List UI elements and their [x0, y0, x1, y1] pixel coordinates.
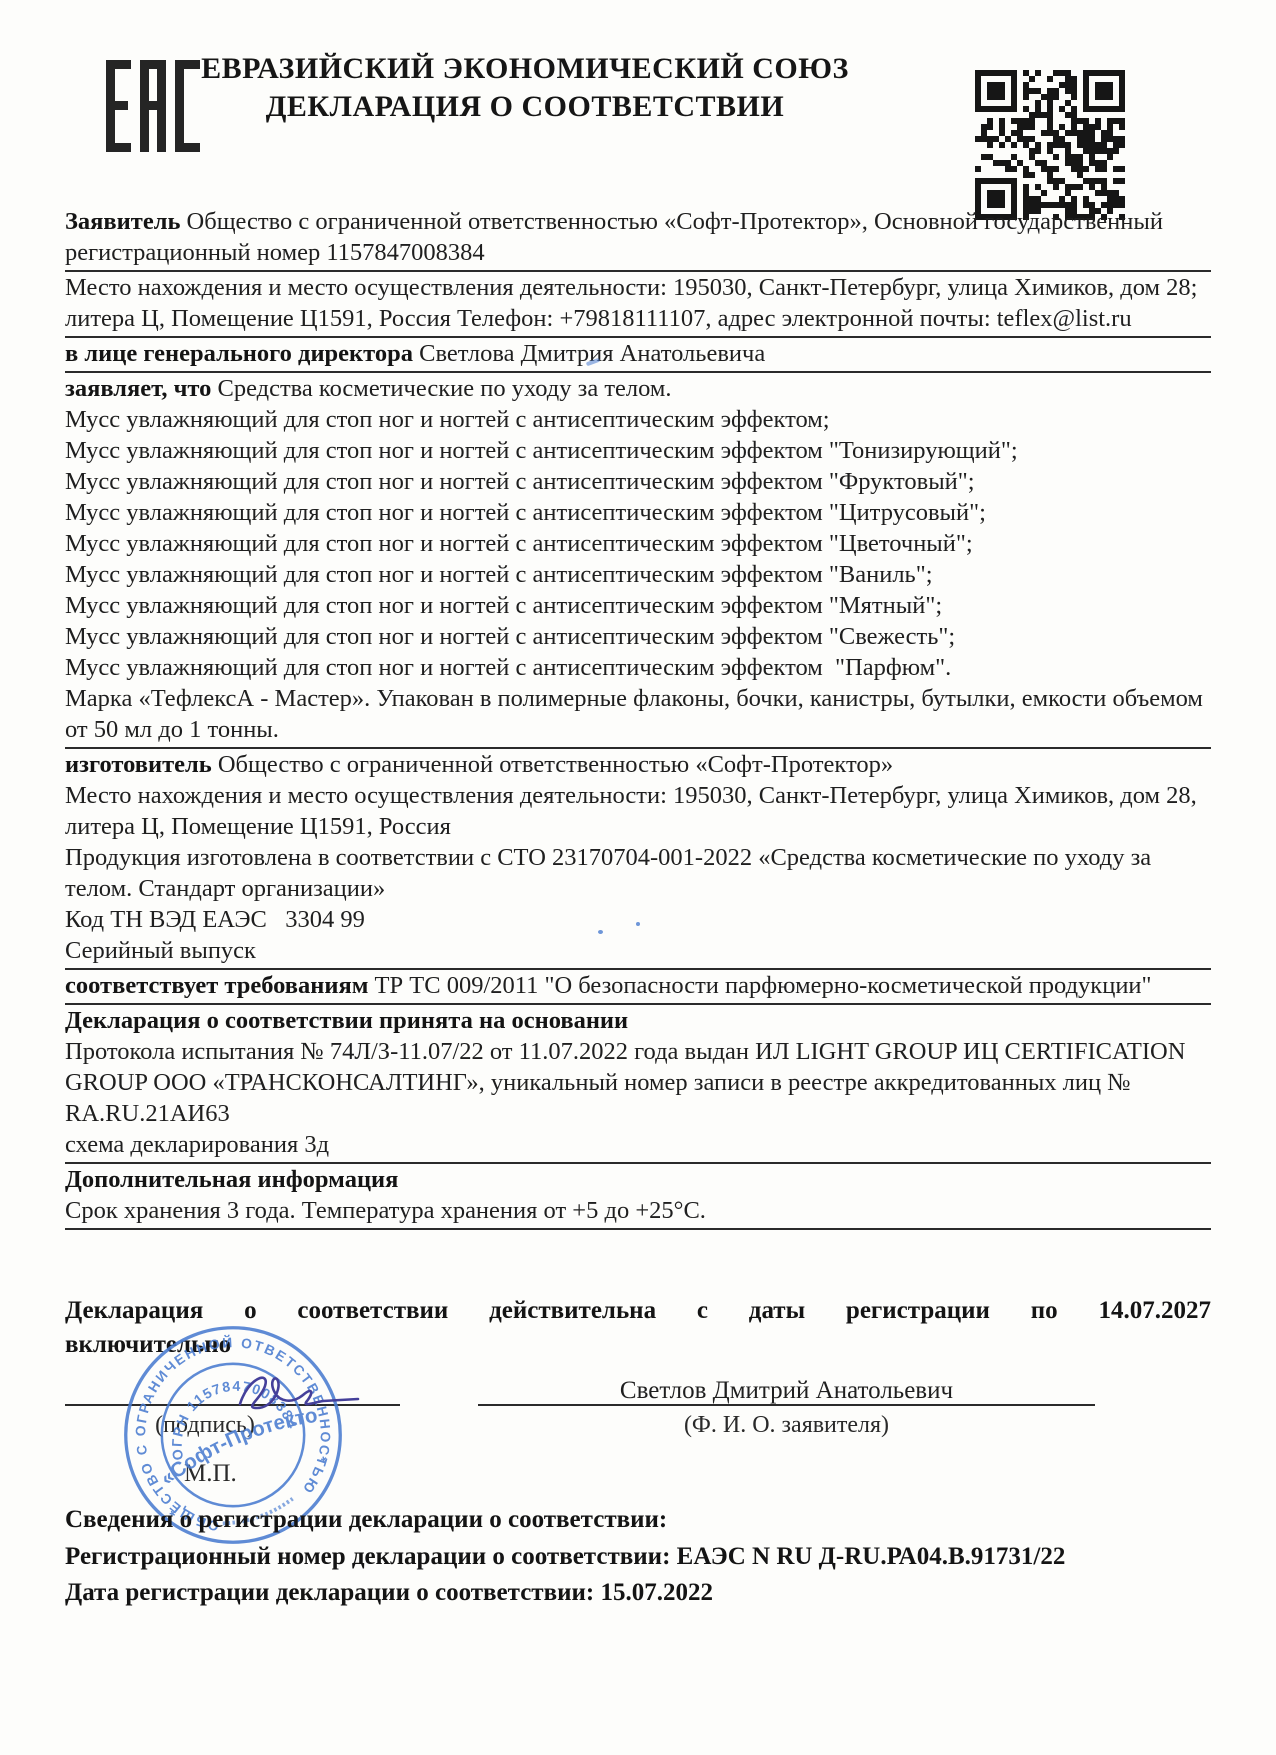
signer-name: Светлов Дмитрий Анатольевич — [478, 1377, 1095, 1405]
additional-header: Дополнительная информация — [65, 1164, 1211, 1195]
product-line: Мусс увлажняющий для стоп ног и ногтей с… — [65, 404, 1211, 435]
applicant-address: Место нахождения и место осуществления д… — [65, 272, 1211, 338]
complies-text: ТР ТС 009/2011 "О безопасности парфюмерн… — [375, 972, 1152, 999]
director-label: в лице генерального директора — [65, 340, 413, 367]
registration-section: Сведения о регистрации декларации о соот… — [65, 1502, 1211, 1612]
product-line: Мусс увлажняющий для стоп ног и ногтей с… — [65, 621, 1211, 652]
manufacturer-label: изготовитель — [65, 751, 212, 778]
manufacturer-text: Общество с ограниченной ответственностью… — [218, 751, 893, 778]
director-section: в лице генерального директора Светлова Д… — [65, 338, 1211, 373]
ink-speck — [598, 930, 603, 934]
registration-date: Дата регистрации декларации о соответств… — [65, 1575, 1211, 1612]
complies-section: соответствует требованиям ТР ТС 009/2011… — [65, 970, 1211, 1005]
document-body: Заявитель Общество с ограниченной ответс… — [65, 206, 1211, 1230]
title-line-declaration: ДЕКЛАРАЦИЯ О СООТВЕТСТВИИ — [170, 88, 880, 126]
manufacturer-section: изготовитель Общество с ограниченной отв… — [65, 749, 1211, 780]
title-line-union: ЕВРАЗИЙСКИЙ ЭКОНОМИЧЕСКИЙ СОЮЗ — [170, 50, 880, 88]
product-line: Мусс увлажняющий для стоп ног и ногтей с… — [65, 466, 1211, 497]
applicant-section: Заявитель Общество с ограниченной ответс… — [65, 206, 1211, 272]
storage-text: Срок хранения 3 года. Температура хранен… — [65, 1195, 1211, 1230]
registration-number: Регистрационный номер декларации о соотв… — [65, 1539, 1211, 1576]
declares-section: заявляет, что Средства косметические по … — [65, 373, 1211, 404]
registration-header: Сведения о регистрации декларации о соот… — [65, 1502, 1211, 1539]
product-line: Мусс увлажняющий для стоп ног и ногтей с… — [65, 559, 1211, 590]
protocol-text: Протокола испытания № 74Л/З-11.07/22 от … — [65, 1036, 1211, 1129]
applicant-text: Общество с ограниченной ответственностью… — [65, 208, 1169, 266]
declares-text: Средства косметические по уходу за телом… — [217, 375, 671, 402]
declaration-document: ЕВРАЗИЙСКИЙ ЭКОНОМИЧЕСКИЙ СОЮЗ ДЕКЛАРАЦИ… — [0, 0, 1276, 1755]
basis-header: Декларация о соответствии принята на осн… — [65, 1005, 1211, 1036]
product-line: Мусс увлажняющий для стоп ног и ногтей с… — [65, 528, 1211, 559]
applicant-label: Заявитель — [65, 208, 180, 235]
scheme-text: схема декларирования 3д — [65, 1129, 1211, 1164]
serial-release: Серийный выпуск — [65, 935, 1211, 970]
product-line: Мусс увлажняющий для стоп ног и ногтей с… — [65, 497, 1211, 528]
packaging-text: Марка «ТефлексА - Мастер». Упакован в по… — [65, 683, 1211, 749]
ink-speck — [636, 922, 640, 926]
document-title: ЕВРАЗИЙСКИЙ ЭКОНОМИЧЕСКИЙ СОЮЗ ДЕКЛАРАЦИ… — [170, 50, 880, 126]
handwritten-signature — [226, 1366, 366, 1418]
product-line: Мусс увлажняющий для стоп ног и ногтей с… — [65, 435, 1211, 466]
sto-text: Продукция изготовлена в соответствии с С… — [65, 842, 1211, 904]
qr-code — [975, 70, 1125, 220]
product-line: Мусс увлажняющий для стоп ног и ногтей с… — [65, 590, 1211, 621]
tnved-code: Код ТН ВЭД ЕАЭС 3304 99 — [65, 904, 1211, 935]
product-line: Мусс увлажняющий для стоп ног и ногтей с… — [65, 652, 1211, 683]
manufacturer-address: Место нахождения и место осуществления д… — [65, 780, 1211, 842]
complies-label: соответствует требованиям — [65, 972, 368, 999]
fio-line — [478, 1404, 1095, 1406]
declares-label: заявляет, что — [65, 375, 211, 402]
fio-caption: (Ф. И. О. заявителя) — [478, 1412, 1095, 1439]
